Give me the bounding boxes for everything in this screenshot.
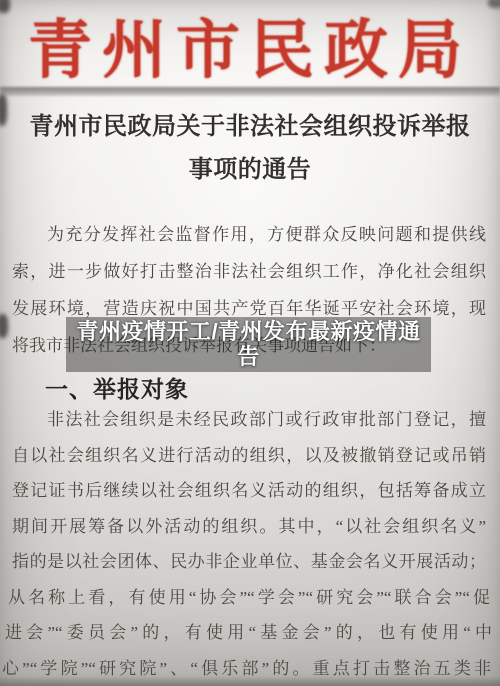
document-photo: 青州市民政局 青州市民政局关于非法社会组织投诉举报 事项的通告 为充分发挥社会监… [0,0,500,686]
body-line: 索，进一步做好打击整治非法社会组织工作，净化社会组织 [12,253,486,290]
photo-seam-line [0,87,500,96]
photo-edge-smudge [0,314,8,338]
photo-bottom-edge [0,676,500,686]
body-line: 期间开展筹备以外活动的组织。其中，“以社会组织名义” [12,509,486,545]
section-heading: 一、举报对象 [12,374,486,404]
body-line: 从名称上看，有使用“协会”“学会”“研究会”“联合会”“促 [8,580,490,616]
news-caption-text: 青州疫情开工/青州发布最新疫情通告 [66,317,431,369]
document-title-line2: 事项的通告 [0,149,500,192]
body-line: 登记证书后继续以社会组织名义活动的组织，包括筹备成立 [12,473,486,509]
body-line: 指的是以社会团体、民办非企业单位、基金会名义开展活动； [12,544,486,580]
body-line: 非法社会组织是未经民政部门或行政审批部门登记，擅 [12,402,486,438]
body-line: 为充分发挥社会监督作用，方便群众反映问题和提供线 [12,216,486,253]
document-title-line1: 青州市民政局关于非法社会组织投诉举报 [0,106,500,149]
photo-corner-smudge [488,0,500,8]
document-title: 青州市民政局关于非法社会组织投诉举报 事项的通告 [0,106,500,192]
body-line: 进会”“委员会”的，有使用“基金会”的，也有使用“中 [5,615,492,651]
photo-edge-smudge [0,94,7,126]
section-paragraph: 非法社会组织是未经民政部门或行政审批部门登记，擅 自以社会组织名义进行活动的组织… [12,402,486,686]
news-caption-overlay: 青州疫情开工/青州发布最新疫情通告 [66,317,431,372]
agency-letterhead: 青州市民政局 [0,8,500,94]
body-line: 自以社会组织名义进行活动的组织，以及被撤销登记或吊销 [12,438,486,474]
